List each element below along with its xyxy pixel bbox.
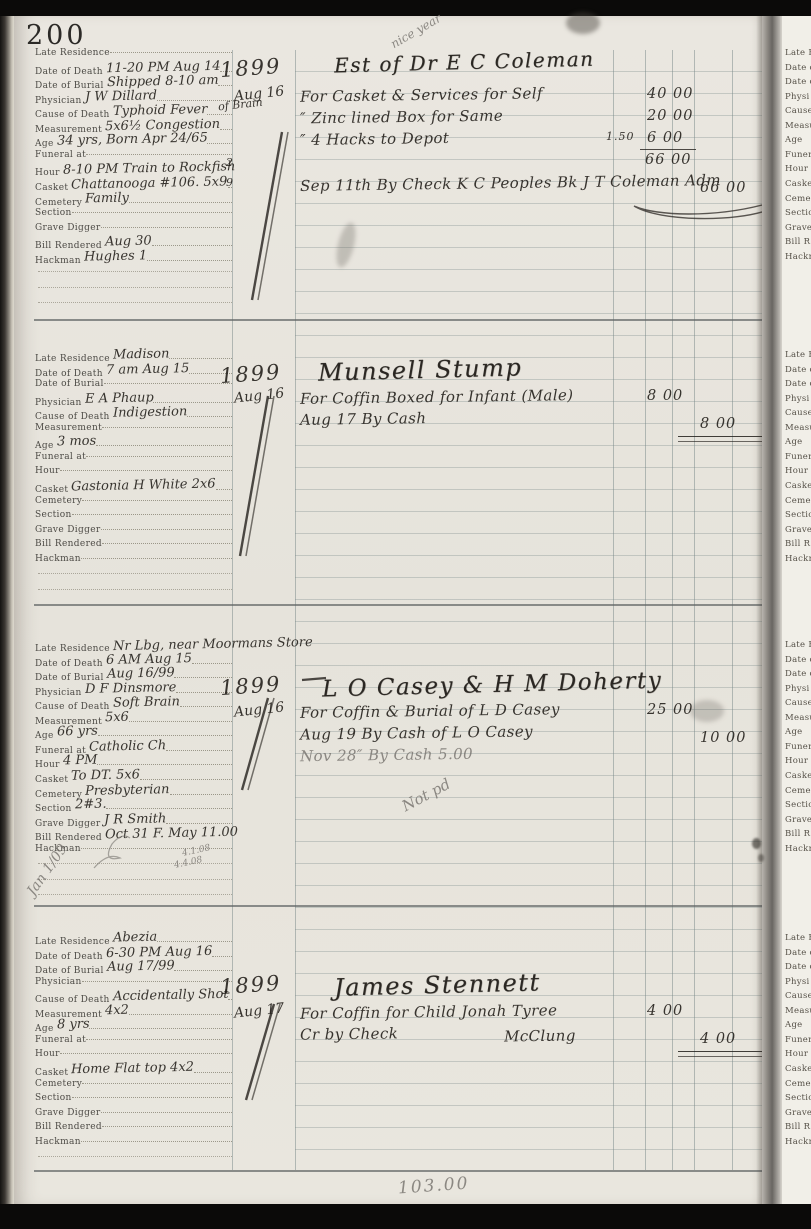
dotted-leader [216, 489, 232, 490]
form-label: Physician [35, 398, 82, 408]
filler-dotted-line [38, 572, 232, 574]
facing-page-label: Cemet [785, 496, 811, 506]
filler-dotted-line [38, 588, 232, 590]
facing-page-label: Cause [785, 408, 811, 418]
form-label: Late Residence [35, 937, 110, 947]
charge-pre-amount: 1.50 [606, 130, 635, 143]
page-number: 200 [26, 20, 87, 51]
field-value: E A Phaup [85, 390, 154, 406]
form-label: Hour [35, 168, 60, 178]
form-field-row: CemeteryFamily [35, 194, 232, 209]
form-field-row: Bill Rendered [35, 1122, 232, 1137]
field-value: Madison [113, 346, 170, 362]
ink-smudge-record3 [690, 700, 724, 722]
column-rule [295, 50, 296, 1170]
dotted-leader [129, 1014, 232, 1015]
form-label: Physician [35, 96, 82, 106]
facing-page-label: Cemet [785, 194, 811, 204]
payment-double-underline [678, 436, 762, 442]
facing-page-label: Age [785, 437, 803, 447]
dotted-leader [89, 1028, 232, 1029]
dotted-leader [82, 1083, 232, 1084]
form-label: Late Residence [35, 644, 110, 654]
dotted-leader [104, 383, 232, 384]
payment-amount: 4 00 [700, 1031, 736, 1047]
form-label: Date of Death [35, 952, 103, 962]
form-label: Hackman [35, 554, 81, 564]
facing-page-label: Date o [785, 379, 811, 389]
ledger-entry-text: ″ Zinc lined Box for Same [300, 107, 503, 128]
facing-page-label: Measu [785, 1006, 811, 1016]
dotted-leader [101, 529, 232, 530]
book-binding-edge [0, 0, 14, 1229]
dotted-leader [97, 764, 232, 765]
column-rule [732, 50, 733, 1170]
facing-page-label: Date o [785, 655, 811, 665]
entry-year: 1899 [219, 360, 282, 388]
payment-double-underline [678, 1051, 762, 1057]
form-label: Section [35, 804, 72, 814]
facing-page-label: Bill R [785, 1122, 810, 1132]
dotted-leader [218, 85, 232, 86]
field-value: Aug 30 [105, 234, 152, 250]
dotted-leader [86, 154, 232, 155]
form-label: Section [35, 1093, 72, 1103]
dotted-leader [72, 1097, 232, 1098]
facing-page-label: Grave [785, 815, 811, 825]
form-label: Funeral at [35, 1035, 86, 1045]
dotted-leader [157, 941, 232, 942]
ledger-entry-extra: McClung [504, 1026, 576, 1045]
form-field-row: Grave Digger [35, 525, 232, 540]
form-label: Date of Death [35, 659, 103, 669]
field-value: Aug 17/99 [107, 958, 175, 974]
facing-page-label: Late R [785, 350, 811, 360]
facing-page-label: Grave [785, 223, 811, 233]
filler-dotted-line [38, 1155, 232, 1157]
dotted-leader [86, 1039, 232, 1040]
form-field-row: Bill Rendered [35, 539, 232, 554]
facing-page-label: Physi [785, 92, 810, 102]
entry-year: 1899 [219, 54, 282, 82]
form-label: Age [35, 139, 54, 149]
facing-page-label: Hour [785, 164, 808, 174]
facing-page-label: Age [785, 727, 803, 737]
form-field-row: Cause of DeathAccidentally Shot [35, 991, 232, 1006]
dotted-leader [170, 794, 232, 795]
form-field-row: Bill RenderedOct 31 F. May 11.00 [35, 829, 232, 844]
facing-page-label: Hour [785, 466, 808, 476]
form-field-row: CasketHome Flat top 4x2 [35, 1064, 232, 1079]
facing-page-label: Cemet [785, 786, 811, 796]
facing-page-label: Funer [785, 1035, 811, 1045]
ledger-entry-text: For Coffin for Child Jonah Tyree [300, 1001, 558, 1023]
field-value: 8 yrs [56, 1017, 89, 1033]
ledger-entry-text: Nov 28″ By Cash 5.00 [300, 745, 473, 765]
charge-amount: 20 00 [647, 108, 694, 124]
form-label: Hackman [35, 1137, 81, 1147]
record-separator [34, 1170, 762, 1172]
form-field-row: Hackman [35, 554, 232, 569]
column-rule [694, 50, 695, 1170]
account-title: Munsell Stump [318, 353, 523, 386]
ink-smudge-top [566, 12, 600, 34]
scan-border-top [0, 0, 811, 16]
dotted-leader [192, 663, 232, 664]
form-label: Grave Digger [35, 223, 101, 233]
charge-amount: 4 00 [647, 1003, 683, 1019]
facing-page-label: Bill R [785, 539, 810, 549]
dotted-leader [81, 1141, 232, 1142]
facing-page-label: Sectio [785, 1093, 811, 1103]
dotted-leader [81, 558, 232, 559]
dotted-leader [129, 202, 232, 203]
form-label: Hour [35, 760, 60, 770]
facing-page-label: Hackm [785, 1137, 811, 1147]
field-value: Soft Brain [113, 694, 180, 710]
facing-page-label: Sectio [785, 800, 811, 810]
form-label: Measurement [35, 423, 102, 433]
dotted-leader [207, 143, 232, 144]
payment-amount: 66 00 [700, 180, 747, 196]
field-value: 7 am Aug 15 [106, 361, 190, 378]
facing-page-label: Physi [785, 684, 810, 694]
field-value: 5x6 [105, 710, 129, 725]
dotted-leader [169, 358, 232, 359]
form-field-row: CasketGastonia H White 2x6 [35, 481, 232, 496]
form-label: Funeral at [35, 452, 86, 462]
column-rule [613, 50, 614, 1170]
dotted-leader [82, 500, 232, 501]
dotted-leader [194, 1072, 232, 1073]
payment-amount: 8 00 [700, 416, 736, 432]
ledger-entry-text: Aug 19 By Cash of L O Casey [300, 722, 533, 743]
sum-line [640, 149, 696, 150]
facing-page-label: Cause [785, 698, 811, 708]
ledger-entry-text: Cr by Check [300, 1024, 398, 1043]
field-value: Hughes 1 [84, 248, 147, 264]
dotted-leader [72, 212, 232, 213]
column-rule [232, 50, 233, 1170]
facing-page-label: Caske [785, 771, 811, 781]
dotted-leader [102, 543, 232, 544]
form-field-row: Date of BurialAug 17/99 [35, 962, 232, 977]
form-label: Funeral at [35, 150, 86, 160]
field-value: Shipped 8-10 am [107, 73, 219, 90]
form-label: Age [35, 441, 54, 451]
charge-amount: 25 00 [647, 702, 694, 718]
facing-page-label: Date o [785, 669, 811, 679]
facing-page-label: Bill R [785, 829, 810, 839]
form-field-row: HackmanHughes 1 [35, 252, 232, 267]
dotted-leader [140, 779, 232, 780]
facing-page-label: Grave [785, 1108, 811, 1118]
facing-page-label: Funer [785, 150, 811, 160]
field-value: Family [85, 190, 129, 206]
dotted-leader [187, 416, 232, 417]
form-label: Age [35, 1024, 54, 1034]
dotted-leader [220, 129, 232, 130]
facing-page-label: Date o [785, 63, 811, 73]
facing-page-label: Hour [785, 1049, 808, 1059]
dotted-leader [82, 981, 232, 982]
facing-page-label: Caske [785, 1064, 811, 1074]
form-label: Age [35, 731, 54, 741]
form-label: Late Residence [35, 354, 110, 364]
record-separator [34, 905, 762, 907]
facing-page-label: Cemet [785, 1079, 811, 1089]
margin-annotation: 2 [226, 156, 233, 169]
facing-page-strip: Late RDate oDate oPhysiCauseMeasuAgeFune… [780, 16, 811, 1204]
dotted-leader [228, 999, 232, 1000]
facing-page-label: Caske [785, 481, 811, 491]
field-value: Home Flat top 4x2 [71, 1060, 194, 1078]
facing-page-label: Hackm [785, 844, 811, 854]
form-field-row: Funeral at [35, 1035, 232, 1050]
form-label: Bill Rendered [35, 833, 102, 843]
facing-page-label: Age [785, 135, 803, 145]
facing-page-label: Physi [785, 977, 810, 987]
field-value: 2#3. [75, 797, 107, 813]
account-title: James Stennett [334, 968, 541, 1001]
facing-page-label: Cause [785, 106, 811, 116]
filler-dotted-line [38, 878, 232, 880]
dotted-leader [166, 750, 232, 751]
form-label: Date of Death [35, 67, 103, 77]
form-label: Cause of Death [35, 110, 110, 120]
facing-page-label: Caske [785, 179, 811, 189]
dotted-leader [60, 1053, 232, 1054]
form-field-row: Hackman [35, 1137, 232, 1152]
field-value: 66 yrs [56, 724, 97, 740]
form-label: Cause of Death [35, 412, 110, 422]
form-field-row: Cause of DeathIndigestion [35, 408, 232, 423]
dotted-leader [207, 114, 232, 115]
dotted-leader [153, 402, 232, 403]
form-field-row: Cause of DeathSoft Brain [35, 698, 232, 713]
form-label: Hour [35, 466, 60, 476]
facing-page-label: Physi [785, 394, 810, 404]
field-value: Chattanooga #106. 5x9 [71, 174, 228, 192]
dotted-leader [102, 1126, 232, 1127]
form-label: Grave Digger [35, 525, 101, 535]
filler-dotted-line [38, 286, 232, 288]
record-separator [34, 319, 762, 321]
dotted-leader [174, 970, 232, 971]
form-label: Hackman [35, 256, 81, 266]
form-label: Casket [35, 183, 68, 193]
total-amount: 66 00 [645, 152, 692, 168]
facing-page-label: Hackm [785, 252, 811, 262]
ledger-entry-text: Aug 17 By Cash [300, 409, 427, 429]
facing-page-label: Measu [785, 423, 811, 433]
form-label: Section [35, 510, 72, 520]
dotted-leader [180, 706, 232, 707]
form-label: Cemetery [35, 198, 82, 208]
facing-page-label: Date o [785, 365, 811, 375]
dotted-leader [106, 808, 232, 809]
payment-amount: 10 00 [700, 730, 747, 746]
form-field-row: Age8 yrs [35, 1020, 232, 1035]
dotted-leader [152, 245, 232, 246]
form-field-row: Section [35, 1093, 232, 1108]
form-label: Date of Burial [35, 379, 104, 389]
field-value: J R Smith [103, 811, 166, 827]
ledger-entry-text: For Coffin Boxed for Infant (Male) [300, 386, 574, 408]
field-value: 34 yrs, Born Apr 24/65 [57, 131, 208, 149]
field-value: Abezia [113, 930, 157, 946]
field-value: Oct 31 F. May 11.00 [105, 825, 238, 843]
dotted-leader [101, 227, 232, 228]
form-label: Casket [35, 1068, 68, 1078]
charge-amount: 8 00 [647, 388, 683, 404]
facing-page-label: Late R [785, 48, 811, 58]
form-field-row: CemeteryPresbyterian [35, 786, 232, 801]
field-value: Accidentally Shot [113, 987, 229, 1004]
form-label: Date of Death [35, 369, 103, 379]
column-rule [645, 50, 646, 1170]
dotted-leader [86, 456, 232, 457]
facing-page-label: Measu [785, 713, 811, 723]
form-field-row: Age34 yrs, Born Apr 24/65 [35, 135, 232, 150]
form-label: Cause of Death [35, 995, 110, 1005]
form-label: Hour [35, 1049, 60, 1059]
form-label: Casket [35, 485, 68, 495]
form-label: Cause of Death [35, 702, 110, 712]
scan-border-bottom [0, 1204, 811, 1229]
facing-page-label: Late R [785, 640, 811, 650]
form-field-row: Funeral at [35, 452, 232, 467]
facing-page-label: Sectio [785, 208, 811, 218]
form-field-row: CasketChattanooga #106. 5x9 [35, 179, 232, 194]
form-label: Casket [35, 775, 68, 785]
form-label: Cemetery [35, 1079, 82, 1089]
dotted-leader [110, 52, 232, 53]
facing-page-label: Sectio [785, 510, 811, 520]
form-label: Bill Rendered [35, 539, 102, 549]
facing-page-label: Date o [785, 77, 811, 87]
dotted-leader [101, 1112, 232, 1113]
ledger-entry-text: For Casket & Services for Self [300, 84, 543, 105]
facing-page-label: Date o [785, 962, 811, 972]
form-label: Section [35, 208, 72, 218]
facing-page-label: Cause [785, 991, 811, 1001]
page-gutter-shadow [756, 0, 782, 1229]
form-label: Physician [35, 977, 82, 987]
dotted-leader [72, 514, 232, 515]
form-field-row: Grave Digger [35, 1108, 232, 1123]
facing-page-label: Funer [785, 742, 811, 752]
ledger-entry-text: ″ 4 Hacks to Depot [300, 129, 450, 149]
charge-amount: 40 00 [647, 86, 694, 102]
field-value: Indigestion [113, 404, 188, 421]
facing-page-label: Funer [785, 452, 811, 462]
facing-page-label: Hackm [785, 554, 811, 564]
filler-dotted-line [38, 893, 232, 895]
field-value: Catholic Ch [89, 738, 166, 755]
dotted-leader [96, 445, 232, 446]
facing-page-label: Bill R [785, 237, 810, 247]
form-field-row: Cemetery [35, 1079, 232, 1094]
charge-amount: 6 00 [647, 130, 683, 146]
field-value: 3 mos [56, 434, 96, 450]
ledger-scan: 200 Late ResidenceDate of Death11-20 PM … [0, 0, 811, 1229]
field-value: J W Dillard [85, 88, 157, 105]
page-main: Late ResidenceDate of Death11-20 PM Aug … [14, 16, 762, 1204]
form-field-row: Cemetery [35, 496, 232, 511]
form-label: Cemetery [35, 496, 82, 506]
dotted-leader [212, 956, 232, 957]
entry-date: Aug 16 [233, 385, 285, 406]
facing-page-label: Hour [785, 756, 808, 766]
form-label: Grave Digger [35, 819, 101, 829]
form-label: Date of Burial [35, 966, 104, 976]
ledger-entry-text: For Coffin & Burial of L D Casey [300, 700, 560, 722]
field-value: 4 PM [63, 753, 98, 769]
dotted-leader [129, 721, 232, 722]
entry-year: 1899 [219, 672, 282, 700]
field-value: To DT. 5x6 [71, 767, 140, 783]
facing-page-label: Date o [785, 948, 811, 958]
entry-year: 1899 [219, 971, 282, 999]
field-value: 4x2 [105, 1003, 129, 1018]
dotted-leader [102, 427, 232, 428]
column-rule [672, 50, 673, 1170]
form-label: Physician [35, 688, 82, 698]
facing-page-label: Age [785, 1020, 803, 1030]
form-label: Grave Digger [35, 1108, 101, 1118]
entry-date: Aug 16 [233, 699, 285, 720]
dotted-leader [98, 735, 232, 736]
dotted-leader [166, 823, 232, 824]
margin-annotation: 9 [226, 176, 233, 189]
dotted-leader [60, 470, 232, 471]
facing-page-label: Late R [785, 933, 811, 943]
form-field-row: Age3 mos [35, 437, 232, 452]
entry-date: Aug 17 [233, 1000, 285, 1021]
form-label: Bill Rendered [35, 1122, 102, 1132]
filler-dotted-line [38, 301, 232, 303]
facing-page-label: Grave [785, 525, 811, 535]
dotted-leader [147, 260, 232, 261]
form-field-row: Section [35, 510, 232, 525]
filler-dotted-line [38, 270, 232, 272]
form-field-row: Section [35, 208, 232, 223]
record-separator [34, 604, 762, 606]
field-value: Gastonia H White 2x6 [71, 476, 216, 494]
form-field-row: Date of Death7 am Aug 15 [35, 365, 232, 380]
facing-page-label: Measu [785, 121, 811, 131]
